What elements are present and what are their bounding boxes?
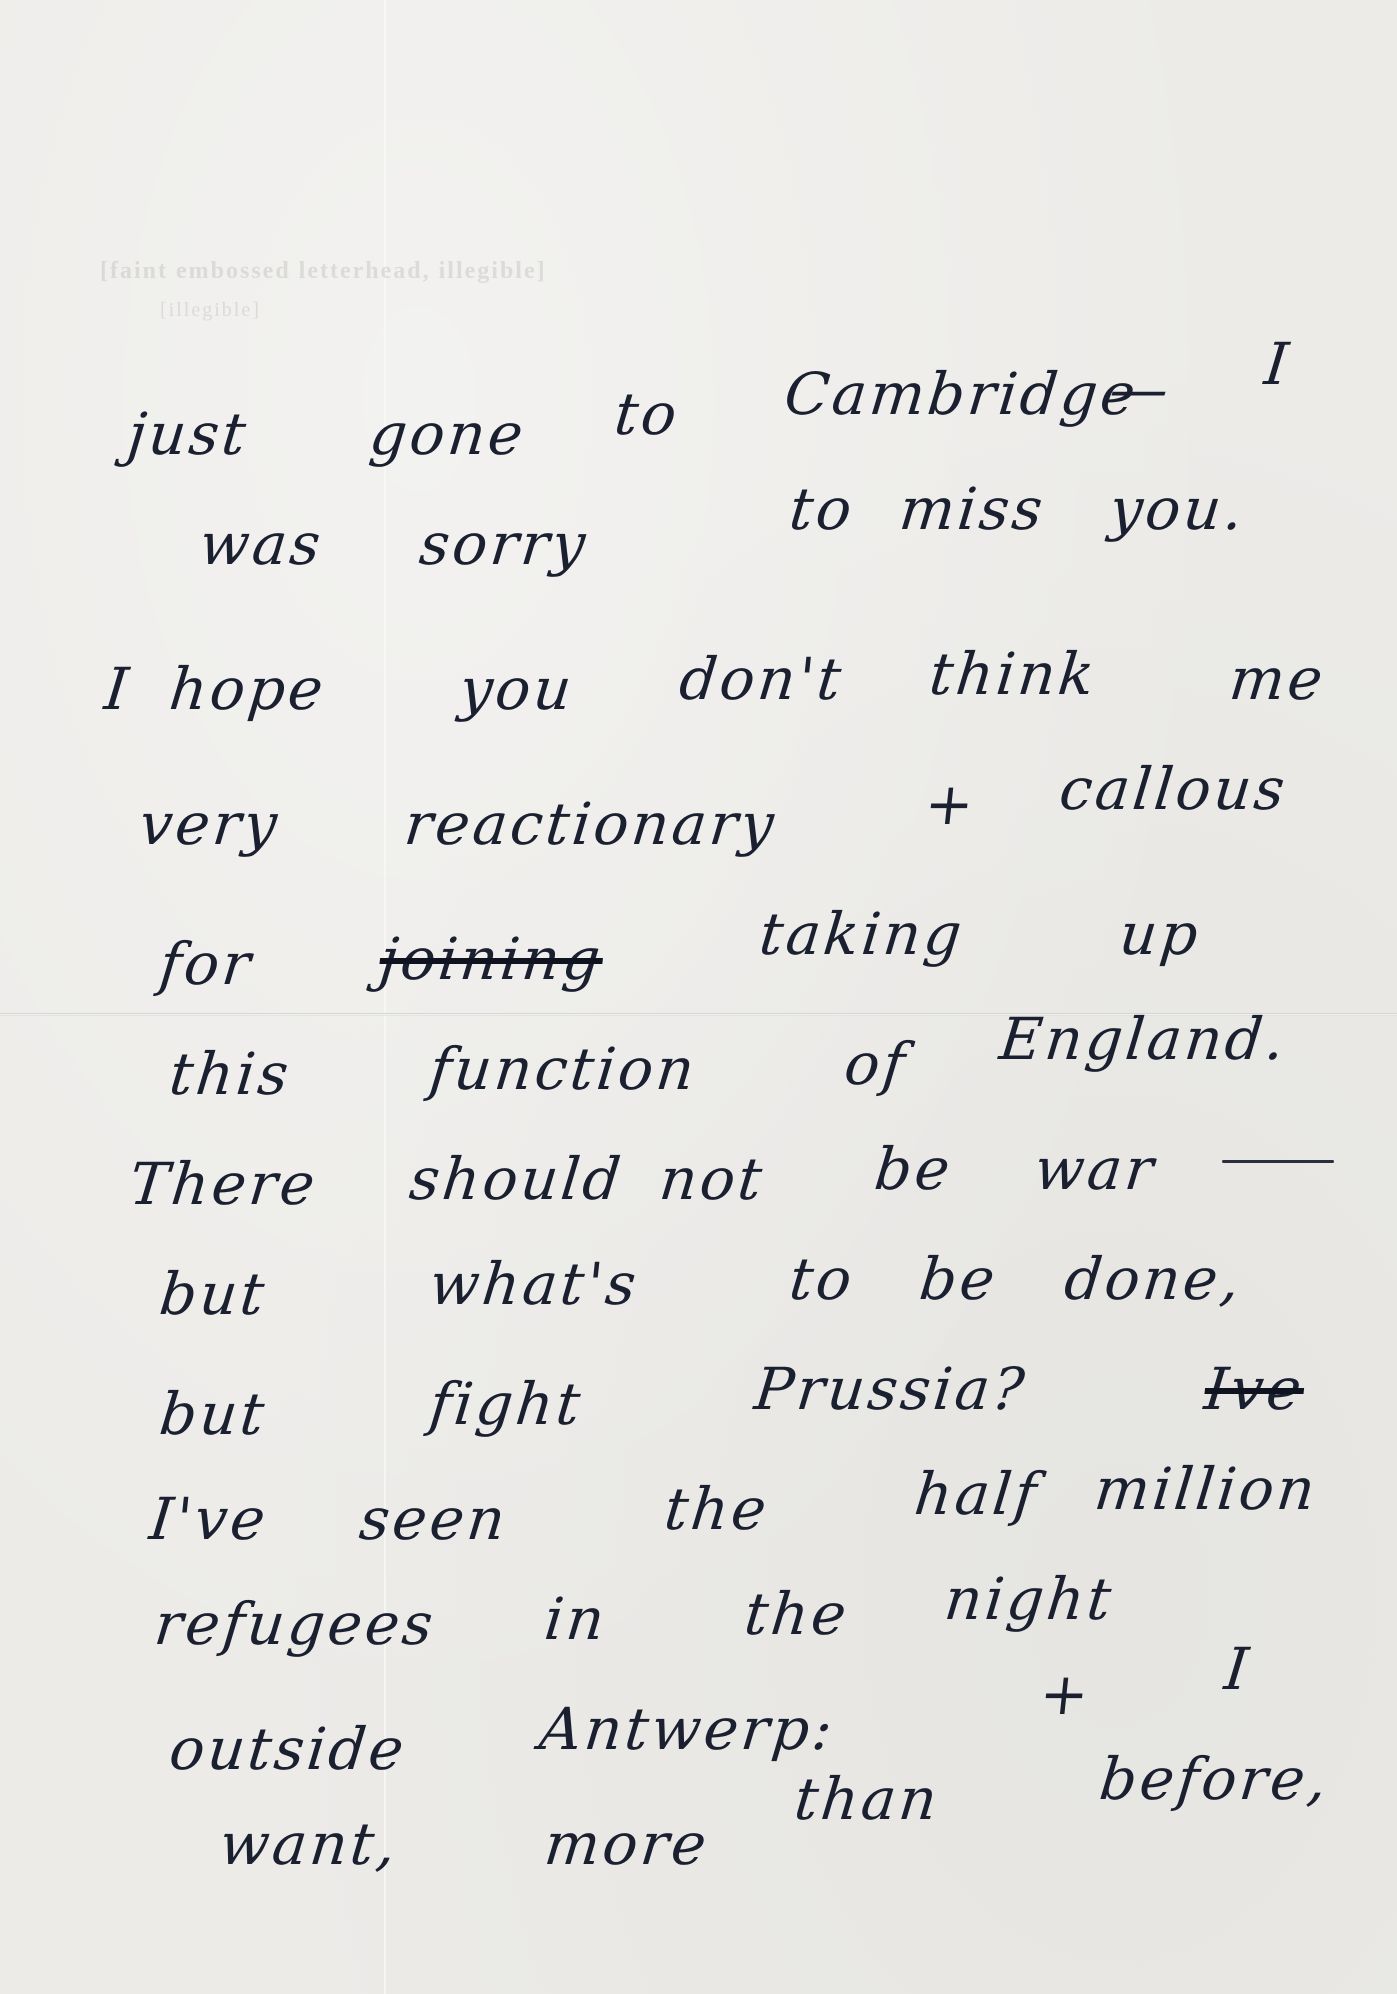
handwritten-word: seen	[357, 1490, 511, 1548]
handwritten-word: be	[917, 1250, 1001, 1308]
em-dash-stroke	[1222, 1160, 1334, 1163]
handwritten-word: than	[792, 1770, 943, 1828]
handwritten-word: be	[872, 1140, 956, 1198]
handwritten-word: this	[167, 1045, 294, 1103]
handwritten-word: half	[912, 1465, 1042, 1523]
handwritten-word: what's	[427, 1255, 642, 1313]
handwritten-word: the	[662, 1480, 772, 1538]
handwritten-word: should	[407, 1150, 626, 1208]
handwritten-word: +	[1037, 1665, 1095, 1723]
handwritten-word: night	[942, 1570, 1117, 1628]
handwritten-word: was	[197, 515, 326, 573]
handwritten-word: want,	[217, 1815, 401, 1873]
handwritten-word: There	[127, 1155, 321, 1213]
handwritten-word: of	[842, 1035, 910, 1093]
handwritten-word: me	[1227, 650, 1328, 708]
handwritten-word: hope	[167, 660, 329, 718]
handwritten-word: just	[125, 405, 252, 463]
handwritten-word: but	[157, 1385, 270, 1443]
handwritten-word: I	[1262, 335, 1294, 393]
handwritten-word: refugees	[152, 1595, 439, 1653]
handwritten-word: for	[157, 935, 256, 993]
handwritten-word: you.	[1107, 480, 1249, 538]
handwritten-word: to	[612, 385, 682, 443]
handwritten-word: +	[922, 775, 980, 833]
handwritten-word: Prussia?	[752, 1360, 1030, 1418]
handwritten-word: reactionary	[402, 795, 779, 853]
handwritten-word: taking	[757, 905, 967, 963]
handwritten-word: the	[742, 1585, 852, 1643]
handwritten-word: fight	[427, 1375, 586, 1433]
handwritten-word: function	[427, 1040, 700, 1098]
handwritten-word: I	[102, 660, 134, 718]
handwritten-word: don't	[677, 650, 847, 708]
handwritten-word: in	[542, 1590, 610, 1648]
handwritten-word: before,	[1097, 1750, 1332, 1808]
handwritten-word: you	[457, 660, 577, 718]
struck-through-word: joining	[377, 930, 606, 988]
handwritten-word: Antwerp:	[537, 1700, 838, 1758]
handwritten-word: England.	[997, 1010, 1290, 1068]
handwritten-word: up	[1117, 905, 1204, 963]
struck-through-word: Ive	[1202, 1360, 1307, 1418]
letter-paper: [faint embossed letterhead, illegible] […	[0, 0, 1397, 1994]
handwritten-word: done,	[1062, 1250, 1245, 1308]
handwritten-word: but	[157, 1265, 270, 1323]
handwritten-word: more	[542, 1815, 712, 1873]
handwritten-word: callous	[1057, 760, 1290, 818]
letterhead-line-2: [illegible]	[160, 299, 620, 322]
letterhead-line-1: [faint embossed letterhead, illegible]	[100, 258, 620, 285]
handwritten-word: outside	[167, 1720, 409, 1778]
handwritten-word: to	[787, 1250, 857, 1308]
handwritten-word: to	[787, 480, 857, 538]
handwritten-word: million	[1092, 1460, 1321, 1518]
handwritten-word: war	[1032, 1140, 1159, 1198]
handwritten-word: very	[137, 795, 283, 853]
handwritten-word: Cambridge	[782, 365, 1141, 423]
handwritten-word: sorry	[417, 515, 591, 573]
handwritten-word: not	[657, 1150, 768, 1208]
handwritten-word: gone	[367, 405, 529, 463]
handwritten-word: I	[1222, 1640, 1254, 1698]
handwritten-word: I've	[147, 1490, 271, 1548]
handwritten-word: think	[927, 645, 1100, 703]
handwritten-word: miss	[897, 480, 1048, 538]
embossed-letterhead: [faint embossed letterhead, illegible] […	[100, 258, 620, 322]
handwritten-word: —	[1107, 360, 1174, 418]
